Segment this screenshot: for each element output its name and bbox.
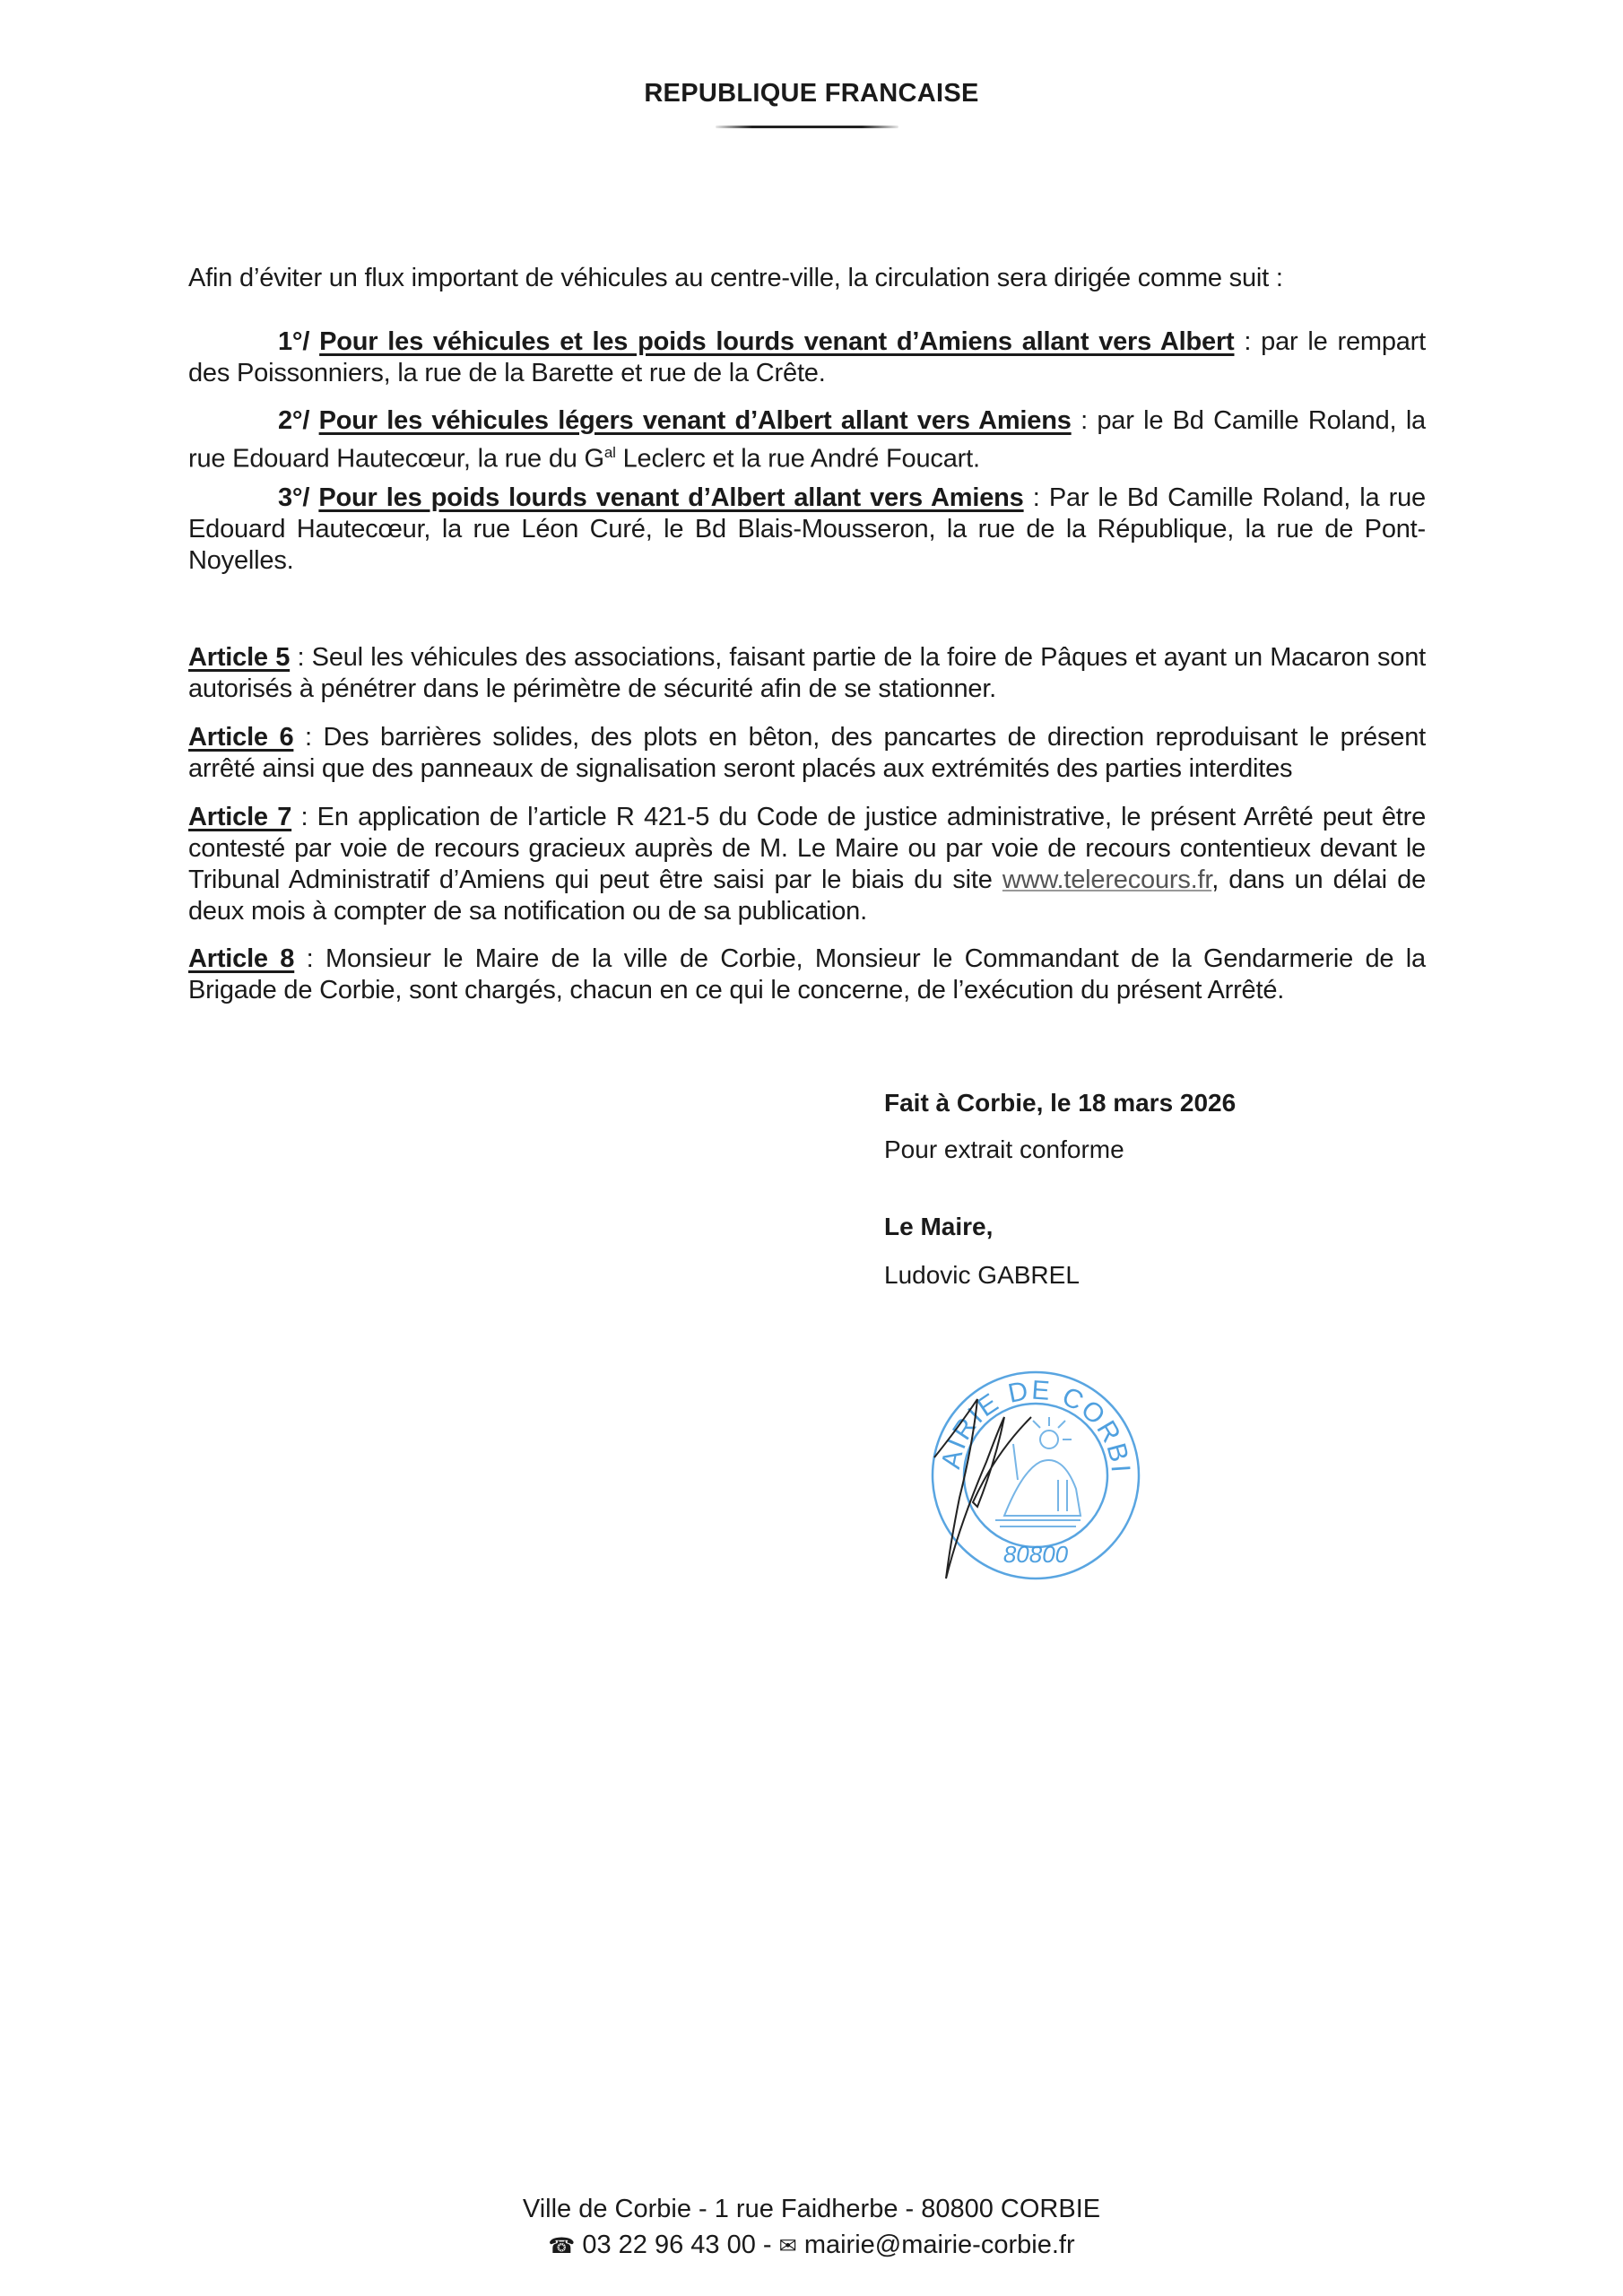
official-stamp-icon: MAIRIE DE CORBIE 80800 (924, 1363, 1148, 1587)
route-item-1: 1°/ Pour les véhicules et les poids lour… (188, 326, 1426, 389)
article-text: : Seul les véhicules des associations, f… (188, 643, 1426, 703)
article-text: : Monsieur le Maire de la ville de Corbi… (188, 944, 1426, 1004)
footer-phone: 03 22 96 43 00 (582, 2231, 756, 2259)
article-label: Article 7 (188, 803, 291, 831)
place-date: Fait à Corbie, le 18 mars 2026 (884, 1087, 1236, 1118)
article-5: Article 5 : Seul les véhicules des assoc… (188, 642, 1426, 705)
footer-contact: ☎ 03 22 96 43 00 - ✉ mairie@mairie-corbi… (0, 2228, 1623, 2264)
article-7: Article 7 : En application de l’article … (188, 802, 1426, 927)
document-header-title: REPUBLIQUE FRANCAISE (0, 79, 1623, 109)
route-number: 1°/ (278, 327, 319, 356)
intro-paragraph: Afin d’éviter un flux important de véhic… (188, 263, 1426, 294)
header-divider (716, 126, 898, 128)
article-label: Article 5 (188, 643, 290, 672)
route-heading: Pour les poids lourds venant d’Albert al… (318, 483, 1023, 512)
article-text: : Des barrières solides, des plots en bê… (188, 723, 1426, 783)
telerecours-link[interactable]: www.telerecours.fr (1002, 865, 1211, 894)
footer-separator: - (756, 2231, 779, 2259)
signatory-role: Le Maire, (884, 1211, 993, 1242)
article-label: Article 6 (188, 723, 293, 752)
signatory-name: Ludovic GABREL (884, 1259, 1080, 1291)
footer-email[interactable]: mairie@mairie-corbie.fr (804, 2231, 1075, 2259)
article-8: Article 8 : Monsieur le Maire de la vill… (188, 944, 1426, 1006)
route-heading: Pour les véhicules et les poids lourds v… (319, 327, 1234, 356)
route-heading: Pour les véhicules légers venant d’Alber… (319, 406, 1072, 435)
footer-address: Ville de Corbie - 1 rue Faidherbe - 8080… (0, 2192, 1623, 2226)
route-item-3: 3°/ Pour les poids lourds venant d’Alber… (188, 483, 1426, 577)
extract-mention: Pour extrait conforme (884, 1134, 1124, 1165)
route-text-end: Leclerc et la rue André Foucart. (616, 445, 980, 474)
phone-icon: ☎ (548, 2234, 575, 2258)
route-number: 3°/ (278, 483, 318, 512)
route-number: 2°/ (278, 406, 319, 435)
article-label: Article 8 (188, 944, 294, 973)
route-item-2: 2°/ Pour les véhicules légers venant d’A… (188, 405, 1426, 475)
article-6: Article 6 : Des barrières solides, des p… (188, 722, 1426, 785)
route-superscript: al (604, 444, 616, 461)
stamp-text-bottom: 80800 (1003, 1541, 1069, 1568)
email-icon: ✉ (779, 2234, 797, 2258)
